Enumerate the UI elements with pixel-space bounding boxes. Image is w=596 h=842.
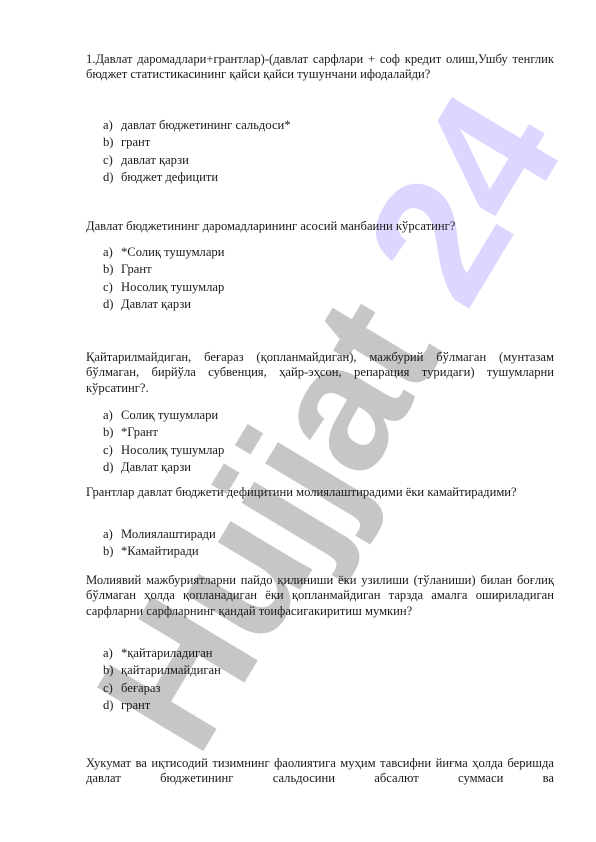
option-letter: d): [103, 697, 121, 714]
option-text: бюджет дефицити: [121, 170, 218, 184]
option-text: қайтарилмайдиган: [121, 663, 221, 677]
option-text: *Камайтиради: [121, 544, 199, 558]
option-text: Грант: [121, 262, 152, 276]
option-item: c)Носолиқ тушумлар: [103, 442, 224, 459]
option-text: давлат бюджетининг сальдоси*: [121, 118, 291, 132]
question-4-text: Грантлар давлат бюджети дефицитини молия…: [86, 485, 554, 500]
option-text: беғараз: [121, 681, 160, 695]
option-item: b)қайтарилмайдиган: [103, 662, 221, 679]
option-letter: b): [103, 662, 121, 679]
option-letter: a): [103, 645, 121, 662]
option-letter: a): [103, 526, 121, 543]
question-3-text: Қайтарилмайдиган, беғараз (қопланмайдига…: [86, 350, 554, 396]
document-page: Hujjat 24 1.Давлат даромадлари+грантлар)…: [0, 0, 596, 842]
question-6-text: Хукумат ва иқтисодий тизимнинг фаолиятиг…: [86, 756, 554, 787]
question-3-options: a)Солиқ тушумлари b)*Грант c)Носолиқ туш…: [103, 407, 224, 476]
option-item: a)давлат бюджетининг сальдоси*: [103, 117, 291, 134]
question-2-text: Давлат бюджетининг даромадларининг асоси…: [86, 219, 554, 234]
option-item: d)Давлат қарзи: [103, 459, 224, 476]
option-item: a)*қайтариладиган: [103, 645, 221, 662]
option-letter: c): [103, 279, 121, 296]
option-item: b)*Грант: [103, 424, 224, 441]
option-item: c)давлат қарзи: [103, 152, 291, 169]
option-text: Давлат қарзи: [121, 460, 191, 474]
option-item: c)беғараз: [103, 680, 221, 697]
option-text: давлат қарзи: [121, 153, 189, 167]
option-text: Солиқ тушумлари: [121, 408, 218, 422]
option-item: d)Давлат қарзи: [103, 296, 224, 313]
option-item: a)*Солиқ тушумлари: [103, 244, 224, 261]
option-letter: d): [103, 459, 121, 476]
option-text: Давлат қарзи: [121, 297, 191, 311]
watermark: Hujjat 24: [0, 0, 596, 842]
option-item: b)Грант: [103, 261, 224, 278]
option-item: a)Солиқ тушумлари: [103, 407, 224, 424]
question-5-options: a)*қайтариладиган b)қайтарилмайдиган c)б…: [103, 645, 221, 714]
option-item: a)Молиялаштиради: [103, 526, 216, 543]
option-letter: c): [103, 680, 121, 697]
option-letter: d): [103, 296, 121, 313]
option-text: грант: [121, 135, 150, 149]
question-1-text: 1.Давлат даромадлари+грантлар)-(давлат с…: [86, 52, 554, 83]
question-1-options: a)давлат бюджетининг сальдоси* b)грант c…: [103, 117, 291, 186]
option-text: грант: [121, 698, 150, 712]
option-letter: c): [103, 152, 121, 169]
option-letter: d): [103, 169, 121, 186]
option-text: *Грант: [121, 425, 158, 439]
option-text: Носолиқ тушумлар: [121, 443, 224, 457]
option-letter: b): [103, 543, 121, 560]
option-item: b)грант: [103, 134, 291, 151]
option-letter: c): [103, 442, 121, 459]
option-text: Молиялаштиради: [121, 527, 216, 541]
option-letter: a): [103, 117, 121, 134]
watermark-part-24: 24: [327, 66, 596, 334]
question-2-options: a)*Солиқ тушумлари b)Грант c)Носолиқ туш…: [103, 244, 224, 313]
option-item: d)грант: [103, 697, 221, 714]
option-text: *Солиқ тушумлари: [121, 245, 224, 259]
option-letter: b): [103, 261, 121, 278]
option-item: b)*Камайтиради: [103, 543, 216, 560]
option-text: Носолиқ тушумлар: [121, 280, 224, 294]
option-letter: b): [103, 134, 121, 151]
option-text: *қайтариладиган: [121, 646, 213, 660]
option-item: c)Носолиқ тушумлар: [103, 279, 224, 296]
question-5-text: Молиявий мажбуриятларни пайдо қилиниши ё…: [86, 573, 554, 619]
option-letter: b): [103, 424, 121, 441]
question-4-options: a)Молиялаштиради b)*Камайтиради: [103, 526, 216, 561]
option-letter: a): [103, 244, 121, 261]
option-letter: a): [103, 407, 121, 424]
option-item: d)бюджет дефицити: [103, 169, 291, 186]
